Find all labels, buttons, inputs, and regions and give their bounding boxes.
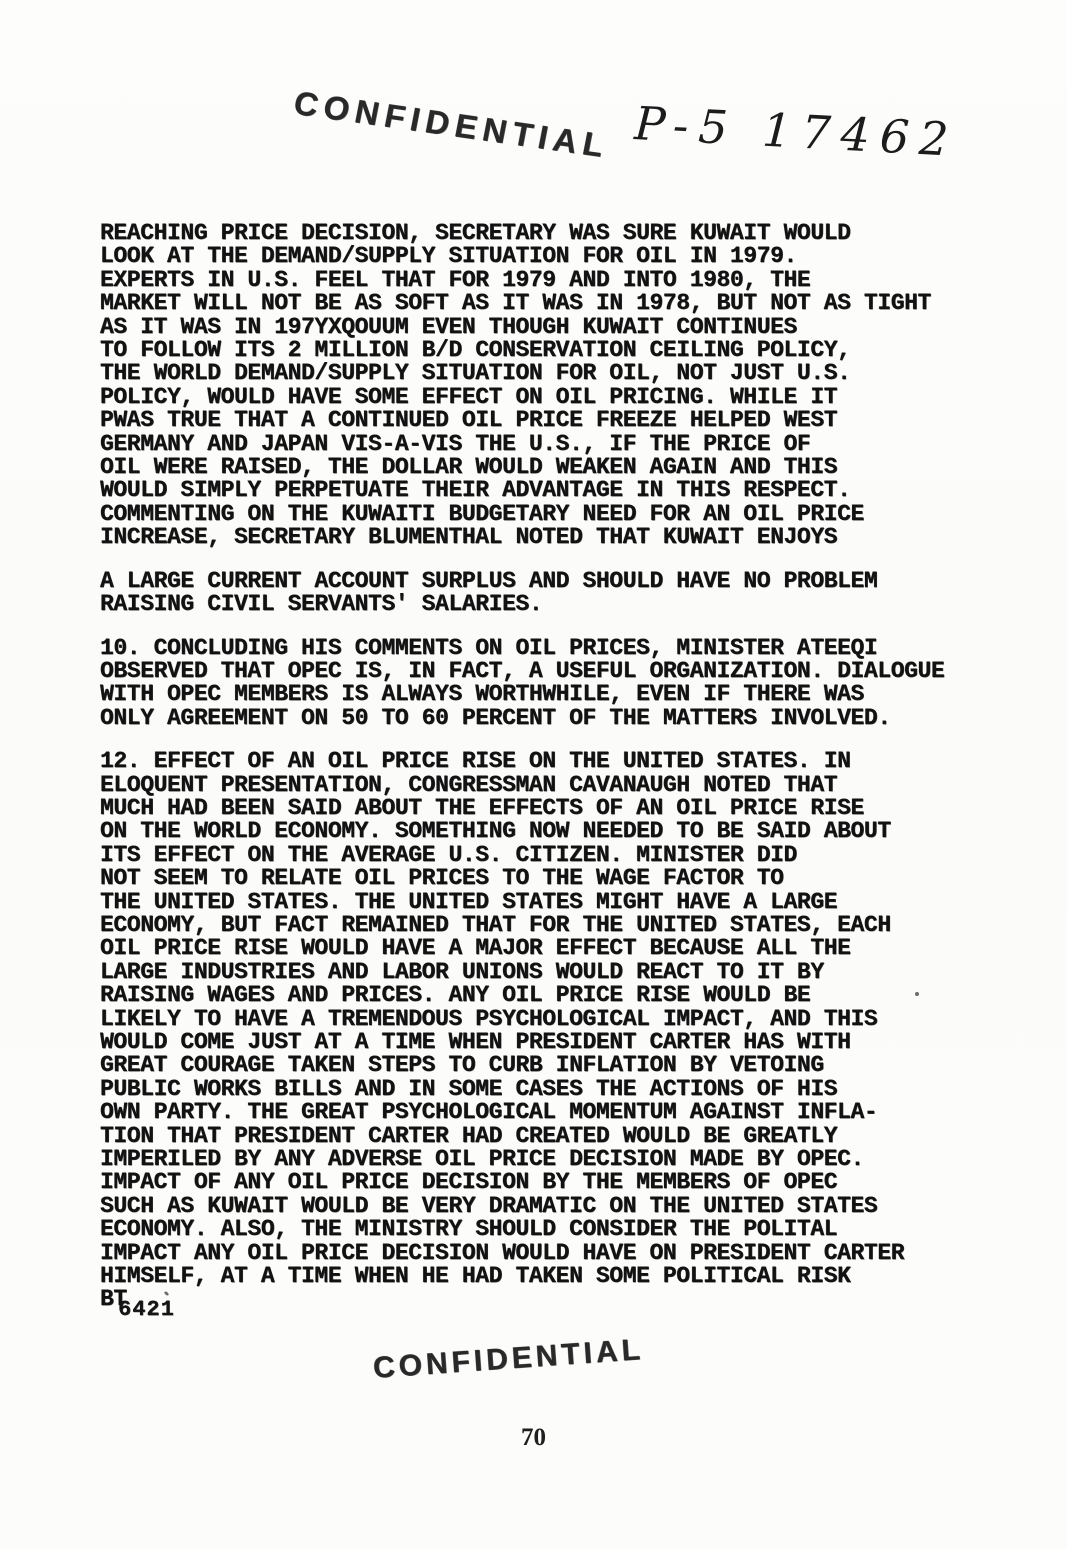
confidential-stamp-bottom: CONFIDENTIAL — [372, 1333, 645, 1386]
text-line: COMMENTING ON THE KUWAITI BUDGETARY NEED… — [100, 503, 944, 526]
text-line: GREAT COURAGE TAKEN STEPS TO CURB INFLAT… — [100, 1054, 944, 1077]
text-line: MARKET WILL NOT BE AS SOFT AS IT WAS IN … — [100, 292, 944, 315]
text-line: TO FOLLOW ITS 2 MILLION B/D CONSERVATION… — [100, 339, 944, 362]
document-body: REACHING PRICE DECISION, SECRETARY WAS S… — [100, 222, 944, 1332]
text-line: REACHING PRICE DECISION, SECRETARY WAS S… — [100, 222, 944, 245]
text-line: GERMANY AND JAPAN VIS-A-VIS THE U.S., IF… — [100, 433, 944, 456]
text-line: LIKELY TO HAVE A TREMENDOUS PSYCHOLOGICA… — [100, 1008, 944, 1031]
text-line: OIL WERE RAISED, THE DOLLAR WOULD WEAKEN… — [100, 456, 944, 479]
confidential-stamp-top: CONFIDENTIAL — [291, 84, 613, 166]
text-line: IMPACT ANY OIL PRICE DECISION WOULD HAVE… — [100, 1242, 944, 1265]
text-line: ELOQUENT PRESENTATION, CONGRESSMAN CAVAN… — [100, 774, 944, 797]
text-line: NOT SEEM TO RELATE OIL PRICES TO THE WAG… — [100, 867, 944, 890]
scan-speck — [915, 992, 919, 996]
text-line: TION THAT PRESIDENT CARTER HAD CREATED W… — [100, 1125, 944, 1148]
text-line: POLICY, WOULD HAVE SOME EFFECT ON OIL PR… — [100, 386, 944, 409]
text-line: INCREASE, SECRETARY BLUMENTHAL NOTED THA… — [100, 526, 944, 549]
text-line: 10. CONCLUDING HIS COMMENTS ON OIL PRICE… — [100, 637, 944, 660]
handwritten-note: P-5 17462 — [633, 96, 960, 167]
text-line: HIMSELF, AT A TIME WHEN HE HAD TAKEN SOM… — [100, 1265, 944, 1288]
text-line: PWAS TRUE THAT A CONTINUED OIL PRICE FRE… — [100, 409, 944, 432]
text-line: EXPERTS IN U.S. FEEL THAT FOR 1979 AND I… — [100, 269, 944, 292]
text-line: OBSERVED THAT OPEC IS, IN FACT, A USEFUL… — [100, 660, 944, 683]
text-line: ON THE WORLD ECONOMY. SOMETHING NOW NEED… — [100, 820, 944, 843]
scanned-document-page: CONFIDENTIAL P-5 17462 REACHING PRICE DE… — [0, 0, 1067, 1549]
text-line: ONLY AGREEMENT ON 50 TO 60 PERCENT OF TH… — [100, 707, 944, 730]
footer-code: 6421 — [118, 1297, 175, 1322]
text-line: SUCH AS KUWAIT WOULD BE VERY DRAMATIC ON… — [100, 1195, 944, 1218]
text-line: WITH OPEC MEMBERS IS ALWAYS WORTHWHILE, … — [100, 683, 944, 706]
text-line: RAISING CIVIL SERVANTS' SALARIES. — [100, 593, 944, 616]
page-number: 70 — [0, 1424, 1067, 1452]
text-line: ITS EFFECT ON THE AVERAGE U.S. CITIZEN. … — [100, 844, 944, 867]
text-line: IMPACT OF ANY OIL PRICE DECISION BY THE … — [100, 1171, 944, 1194]
text-line: WOULD COME JUST AT A TIME WHEN PRESIDENT… — [100, 1031, 944, 1054]
text-line: OIL PRICE RISE WOULD HAVE A MAJOR EFFECT… — [100, 937, 944, 960]
text-line: THE WORLD DEMAND/SUPPLY SITUATION FOR OI… — [100, 362, 944, 385]
text-line: OWN PARTY. THE GREAT PSYCHOLOGICAL MOMEN… — [100, 1101, 944, 1124]
paragraph: A LARGE CURRENT ACCOUNT SURPLUS AND SHOU… — [100, 570, 944, 617]
text-line: ECONOMY, BUT FACT REMAINED THAT FOR THE … — [100, 914, 944, 937]
paragraph: 12. EFFECT OF AN OIL PRICE RISE ON THE U… — [100, 750, 944, 1312]
text-line: 12. EFFECT OF AN OIL PRICE RISE ON THE U… — [100, 750, 944, 773]
text-line: THE UNITED STATES. THE UNITED STATES MIG… — [100, 891, 944, 914]
text-line: MUCH HAD BEEN SAID ABOUT THE EFFECTS OF … — [100, 797, 944, 820]
paragraph: REACHING PRICE DECISION, SECRETARY WAS S… — [100, 222, 944, 550]
text-line: BT — [100, 1288, 944, 1311]
text-line: RAISING WAGES AND PRICES. ANY OIL PRICE … — [100, 984, 944, 1007]
text-line: LOOK AT THE DEMAND/SUPPLY SITUATION FOR … — [100, 245, 944, 268]
text-line: LARGE INDUSTRIES AND LABOR UNIONS WOULD … — [100, 961, 944, 984]
paragraph: 10. CONCLUDING HIS COMMENTS ON OIL PRICE… — [100, 637, 944, 731]
text-line: A LARGE CURRENT ACCOUNT SURPLUS AND SHOU… — [100, 570, 944, 593]
text-line: AS IT WAS IN 197YXQOUUM EVEN THOUGH KUWA… — [100, 316, 944, 339]
text-line: WOULD SIMPLY PERPETUATE THEIR ADVANTAGE … — [100, 479, 944, 502]
text-line: ECONOMY. ALSO, THE MINISTRY SHOULD CONSI… — [100, 1218, 944, 1241]
text-line: IMPERILED BY ANY ADVERSE OIL PRICE DECIS… — [100, 1148, 944, 1171]
text-line: PUBLIC WORKS BILLS AND IN SOME CASES THE… — [100, 1078, 944, 1101]
